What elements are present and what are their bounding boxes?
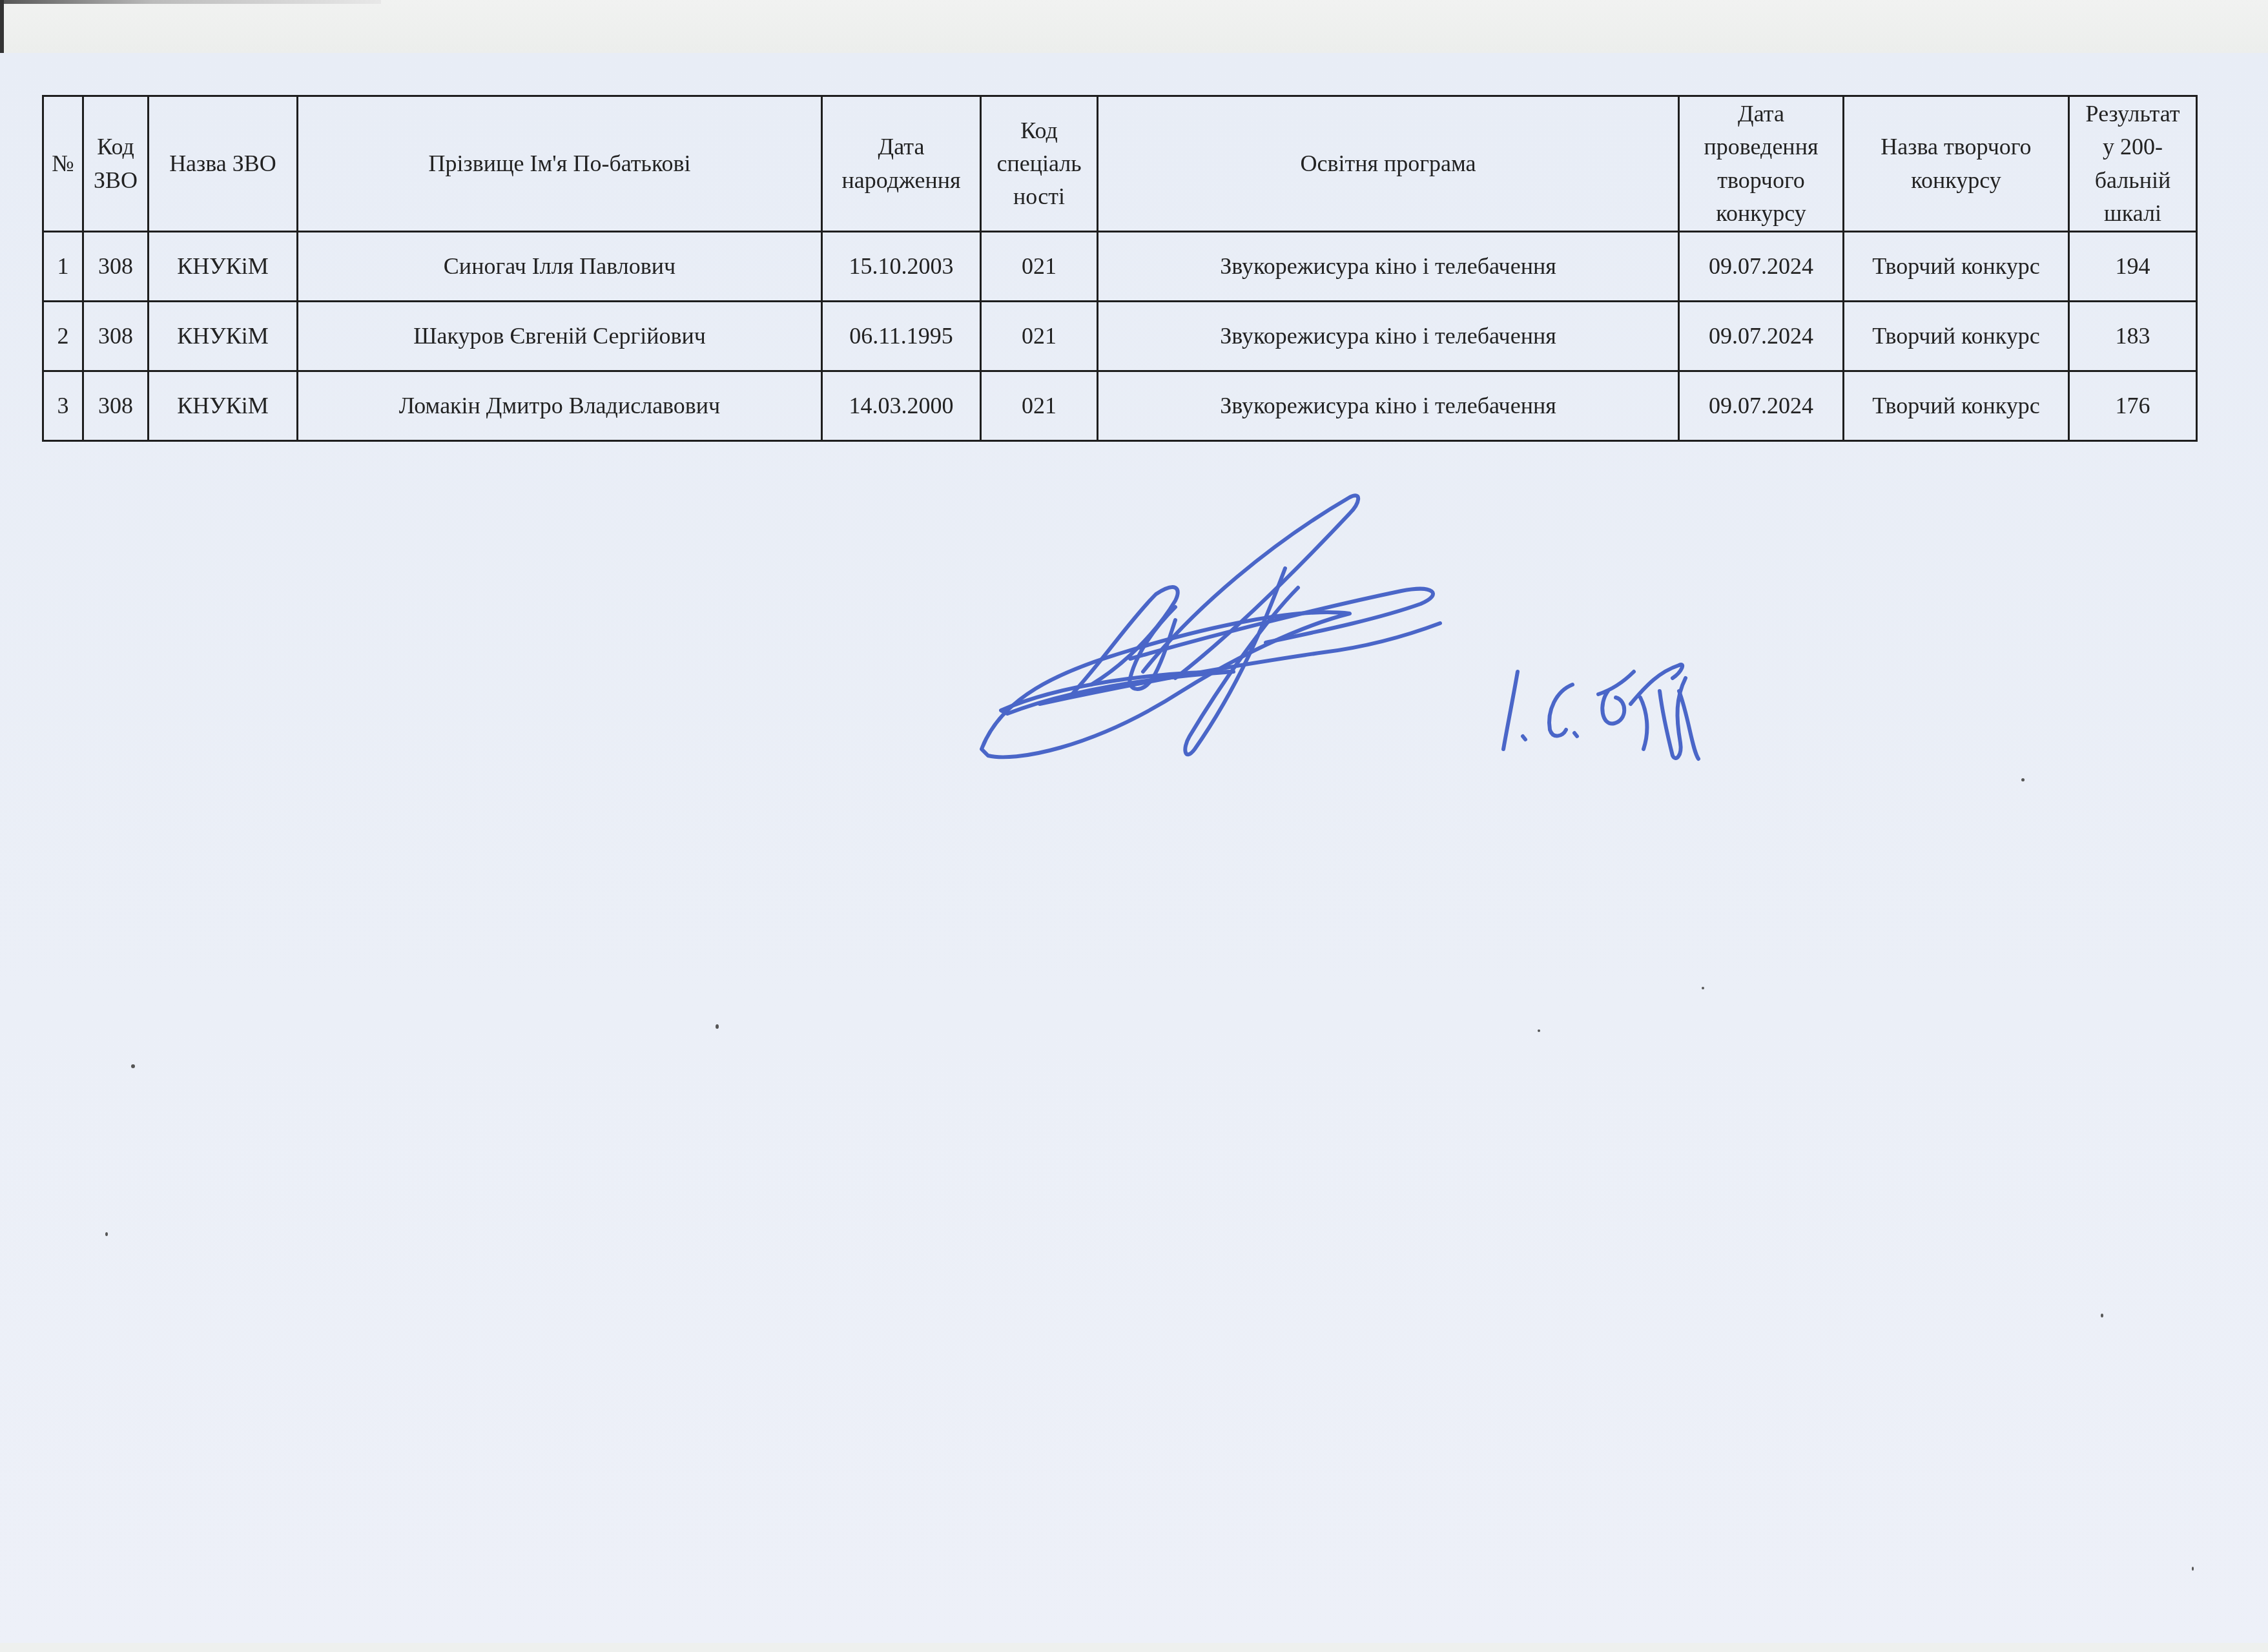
- header-number: №: [43, 96, 83, 232]
- cell-birth-date: 06.11.1995: [822, 302, 981, 371]
- table-row: 3 308 КНУКіМ Ломакін Дмитро Владиславови…: [43, 371, 2197, 441]
- header-institution-code-label: Код ЗВО: [94, 130, 138, 196]
- cell-exam-date: 09.07.2024: [1679, 302, 1844, 371]
- header-institution-name-label: Назва ЗВО: [169, 147, 276, 180]
- scanner-edge-shadow: [0, 0, 381, 4]
- cell-specialty-code: 021: [981, 302, 1098, 371]
- cell-institution-name: КНУКіМ: [149, 302, 298, 371]
- header-exam-date: Дата проведення творчого конкурсу: [1679, 96, 1844, 232]
- header-number-label: №: [52, 147, 74, 180]
- header-score-label: Результат у 200- бальній шкалі: [2086, 98, 2180, 229]
- scan-speck: [2192, 1567, 2194, 1571]
- cell-institution-name: КНУКіМ: [149, 371, 298, 441]
- table-header-row: № Код ЗВО Назва ЗВО Прізвище Ім'я По-бат…: [43, 96, 2197, 232]
- scan-speck: [716, 1024, 719, 1029]
- cell-institution-code: 308: [83, 232, 149, 302]
- cell-institution-code: 308: [83, 371, 149, 441]
- cell-specialty-code: 021: [981, 371, 1098, 441]
- cell-exam-date: 09.07.2024: [1679, 371, 1844, 441]
- header-institution-code: Код ЗВО: [83, 96, 149, 232]
- header-specialty-code-label: Код спеціаль ності: [996, 114, 1081, 213]
- cell-number: 3: [43, 371, 83, 441]
- scan-speck: [105, 1232, 108, 1236]
- header-exam-name: Назва творчого конкурсу: [1844, 96, 2069, 232]
- cell-full-name: Шакуров Євгеній Сергійович: [298, 302, 822, 371]
- cell-program: Звукорежисура кіно і телебачення: [1098, 232, 1679, 302]
- table-row: 1 308 КНУКіМ Синогач Ілля Павлович 15.10…: [43, 232, 2197, 302]
- header-exam-name-label: Назва творчого конкурсу: [1881, 130, 2031, 196]
- cell-exam-date: 09.07.2024: [1679, 232, 1844, 302]
- scan-speck: [1702, 987, 1704, 989]
- header-exam-date-label: Дата проведення творчого конкурсу: [1704, 98, 1819, 229]
- cell-birth-date: 15.10.2003: [822, 232, 981, 302]
- table-row: 2 308 КНУКіМ Шакуров Євгеній Сергійович …: [43, 302, 2197, 371]
- header-birth-date: Дата народження: [822, 96, 981, 232]
- cell-institution-name: КНУКіМ: [149, 232, 298, 302]
- cell-institution-code: 308: [83, 302, 149, 371]
- scan-speck: [131, 1064, 135, 1068]
- cell-number: 1: [43, 232, 83, 302]
- header-score: Результат у 200- бальній шкалі: [2069, 96, 2197, 232]
- cell-program: Звукорежисура кіно і телебачення: [1098, 371, 1679, 441]
- header-full-name: Прізвище Ім'я По-батькові: [298, 96, 822, 232]
- scanner-top-margin: [0, 0, 2268, 53]
- cell-specialty-code: 021: [981, 232, 1098, 302]
- header-institution-name: Назва ЗВО: [149, 96, 298, 232]
- header-full-name-label: Прізвище Ім'я По-батькові: [428, 147, 690, 180]
- cell-exam-name: Творчий конкурс: [1844, 371, 2069, 441]
- header-program: Освітня програма: [1098, 96, 1679, 232]
- header-specialty-code: Код спеціаль ності: [981, 96, 1098, 232]
- header-program-label: Освітня програма: [1300, 147, 1476, 180]
- scanner-bottom-margin: [0, 1643, 2268, 1652]
- scan-speck: [2101, 1314, 2103, 1317]
- cell-exam-name: Творчий конкурс: [1844, 232, 2069, 302]
- cell-score: 183: [2069, 302, 2197, 371]
- cell-program: Звукорежисура кіно і телебачення: [1098, 302, 1679, 371]
- handwritten-signature: [962, 478, 1866, 762]
- cell-number: 2: [43, 302, 83, 371]
- results-table: № Код ЗВО Назва ЗВО Прізвище Ім'я По-бат…: [42, 95, 2198, 442]
- cell-exam-name: Творчий конкурс: [1844, 302, 2069, 371]
- scan-speck: [1538, 1029, 1540, 1032]
- cell-full-name: Синогач Ілля Павлович: [298, 232, 822, 302]
- header-birth-date-label: Дата народження: [842, 130, 961, 196]
- scanner-left-edge: [0, 0, 4, 53]
- cell-score: 194: [2069, 232, 2197, 302]
- cell-score: 176: [2069, 371, 2197, 441]
- scan-speck: [2021, 778, 2025, 781]
- cell-birth-date: 14.03.2000: [822, 371, 981, 441]
- cell-full-name: Ломакін Дмитро Владиславович: [298, 371, 822, 441]
